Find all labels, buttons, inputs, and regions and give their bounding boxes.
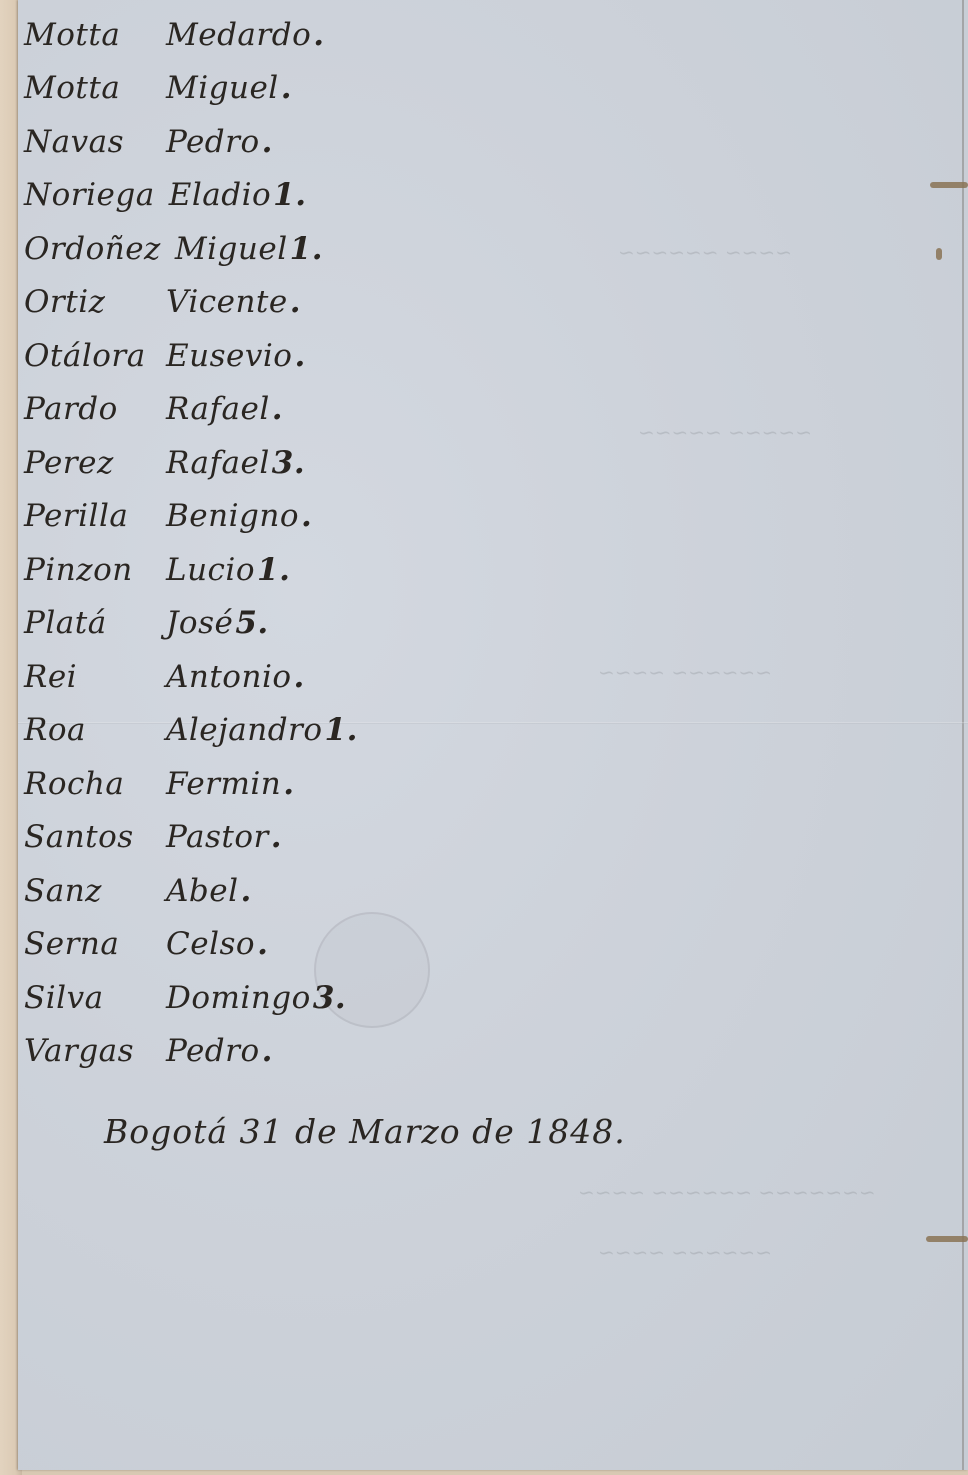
given-name: Rafael bbox=[166, 391, 270, 427]
given-name: Pastor bbox=[166, 819, 269, 855]
given-name: Pedro bbox=[166, 1033, 260, 1069]
list-item: SanzAbel. bbox=[24, 864, 358, 918]
entry-suffix: 1. bbox=[290, 231, 323, 267]
paper-tear bbox=[930, 182, 968, 188]
surname: Pinzon bbox=[24, 552, 152, 588]
given-name: Rafael bbox=[166, 445, 270, 481]
surname: Santos bbox=[24, 819, 152, 855]
bleed-through-text: ~~~~~~~ ~~~~~~ ~~~~ bbox=[578, 1180, 876, 1204]
entry-suffix: . bbox=[290, 284, 301, 320]
name-list: MottaMedardo. MottaMiguel. NavasPedro. N… bbox=[24, 8, 358, 1078]
paper-tear bbox=[926, 1236, 968, 1242]
surname: Rei bbox=[24, 659, 152, 695]
entry-suffix: . bbox=[313, 17, 324, 53]
surname: Roa bbox=[24, 712, 152, 748]
page-edge-line bbox=[962, 0, 964, 1470]
list-item: NoriegaEladio1. bbox=[24, 169, 358, 223]
list-item: PlatáJosé5. bbox=[24, 597, 358, 651]
surname: Perilla bbox=[24, 498, 152, 534]
surname: Otálora bbox=[24, 338, 152, 374]
given-name: Eusevio bbox=[166, 338, 292, 374]
surname: Motta bbox=[24, 70, 152, 106]
surname: Navas bbox=[24, 124, 152, 160]
given-name: Miguel bbox=[175, 231, 288, 267]
list-item: PardoRafael. bbox=[24, 383, 358, 437]
list-item: SernaCelso. bbox=[24, 918, 358, 972]
given-name: Abel bbox=[166, 873, 239, 909]
surname: Perez bbox=[24, 445, 152, 481]
entry-suffix: . bbox=[262, 1033, 273, 1069]
entry-suffix: 3. bbox=[313, 980, 346, 1016]
entry-suffix: . bbox=[241, 873, 252, 909]
list-item: OrdoñezMiguel1. bbox=[24, 222, 358, 276]
given-name: Celso bbox=[166, 926, 255, 962]
list-item: OrtizVicente. bbox=[24, 276, 358, 330]
given-name: Medardo bbox=[166, 17, 311, 53]
entry-suffix: . bbox=[257, 926, 268, 962]
entry-suffix: . bbox=[283, 766, 294, 802]
entry-suffix: . bbox=[281, 70, 292, 106]
surname: Silva bbox=[24, 980, 152, 1016]
list-item: PerillaBenigno. bbox=[24, 490, 358, 544]
bleed-through-text: ~~~~~ ~~~~~ bbox=[638, 420, 812, 444]
surname: Sanz bbox=[24, 873, 152, 909]
given-name: Pedro bbox=[166, 124, 260, 160]
given-name: Benigno bbox=[166, 498, 299, 534]
entry-suffix: . bbox=[301, 498, 312, 534]
surname: Rocha bbox=[24, 766, 152, 802]
surname: Serna bbox=[24, 926, 152, 962]
list-item: SilvaDomingo3. bbox=[24, 971, 358, 1025]
given-name: José bbox=[166, 605, 233, 641]
list-item: MottaMiguel. bbox=[24, 62, 358, 116]
given-name: Alejandro bbox=[166, 712, 323, 748]
surname: Ordoñez bbox=[24, 231, 161, 267]
list-item: RochaFermin. bbox=[24, 757, 358, 811]
list-item: PerezRafael3. bbox=[24, 436, 358, 490]
list-item: PinzonLucio1. bbox=[24, 543, 358, 597]
surname: Vargas bbox=[24, 1033, 152, 1069]
entry-suffix: . bbox=[294, 659, 305, 695]
list-item: NavasPedro. bbox=[24, 115, 358, 169]
entry-suffix: . bbox=[294, 338, 305, 374]
list-item: MottaMedardo. bbox=[24, 8, 358, 62]
surname: Platá bbox=[24, 605, 152, 641]
entry-suffix: 1. bbox=[273, 177, 306, 213]
bleed-through-text: ~~~~~~ ~~~~ bbox=[598, 1240, 772, 1264]
list-item: OtáloraEusevio. bbox=[24, 329, 358, 383]
given-name: Vicente bbox=[166, 284, 288, 320]
entry-suffix: . bbox=[272, 391, 283, 427]
given-name: Antonio bbox=[166, 659, 292, 695]
entry-suffix: . bbox=[271, 819, 282, 855]
dateline: Bogotá 31 de Marzo de 1848. bbox=[104, 1112, 626, 1151]
list-item: VargasPedro. bbox=[24, 1025, 358, 1079]
entry-suffix: 1. bbox=[257, 552, 290, 588]
given-name: Eladio bbox=[169, 177, 271, 213]
surname: Ortiz bbox=[24, 284, 152, 320]
given-name: Fermin bbox=[166, 766, 281, 802]
bleed-through-text: ~~~~ ~~~~~~ bbox=[618, 240, 792, 264]
entry-suffix: 1. bbox=[325, 712, 358, 748]
given-name: Lucio bbox=[166, 552, 255, 588]
surname: Noriega bbox=[24, 177, 155, 213]
surname: Motta bbox=[24, 17, 152, 53]
list-item: SantosPastor. bbox=[24, 811, 358, 865]
entry-suffix: 5. bbox=[235, 605, 268, 641]
entry-suffix: 3. bbox=[272, 445, 305, 481]
paper-tear bbox=[936, 248, 942, 260]
given-name: Miguel bbox=[166, 70, 279, 106]
bleed-through-text: ~~~~~~ ~~~~ bbox=[598, 660, 772, 684]
entry-suffix: . bbox=[262, 124, 273, 160]
list-item: ReiAntonio. bbox=[24, 650, 358, 704]
given-name: Domingo bbox=[166, 980, 311, 1016]
list-item: RoaAlejandro1. bbox=[24, 704, 358, 758]
surname: Pardo bbox=[24, 391, 152, 427]
